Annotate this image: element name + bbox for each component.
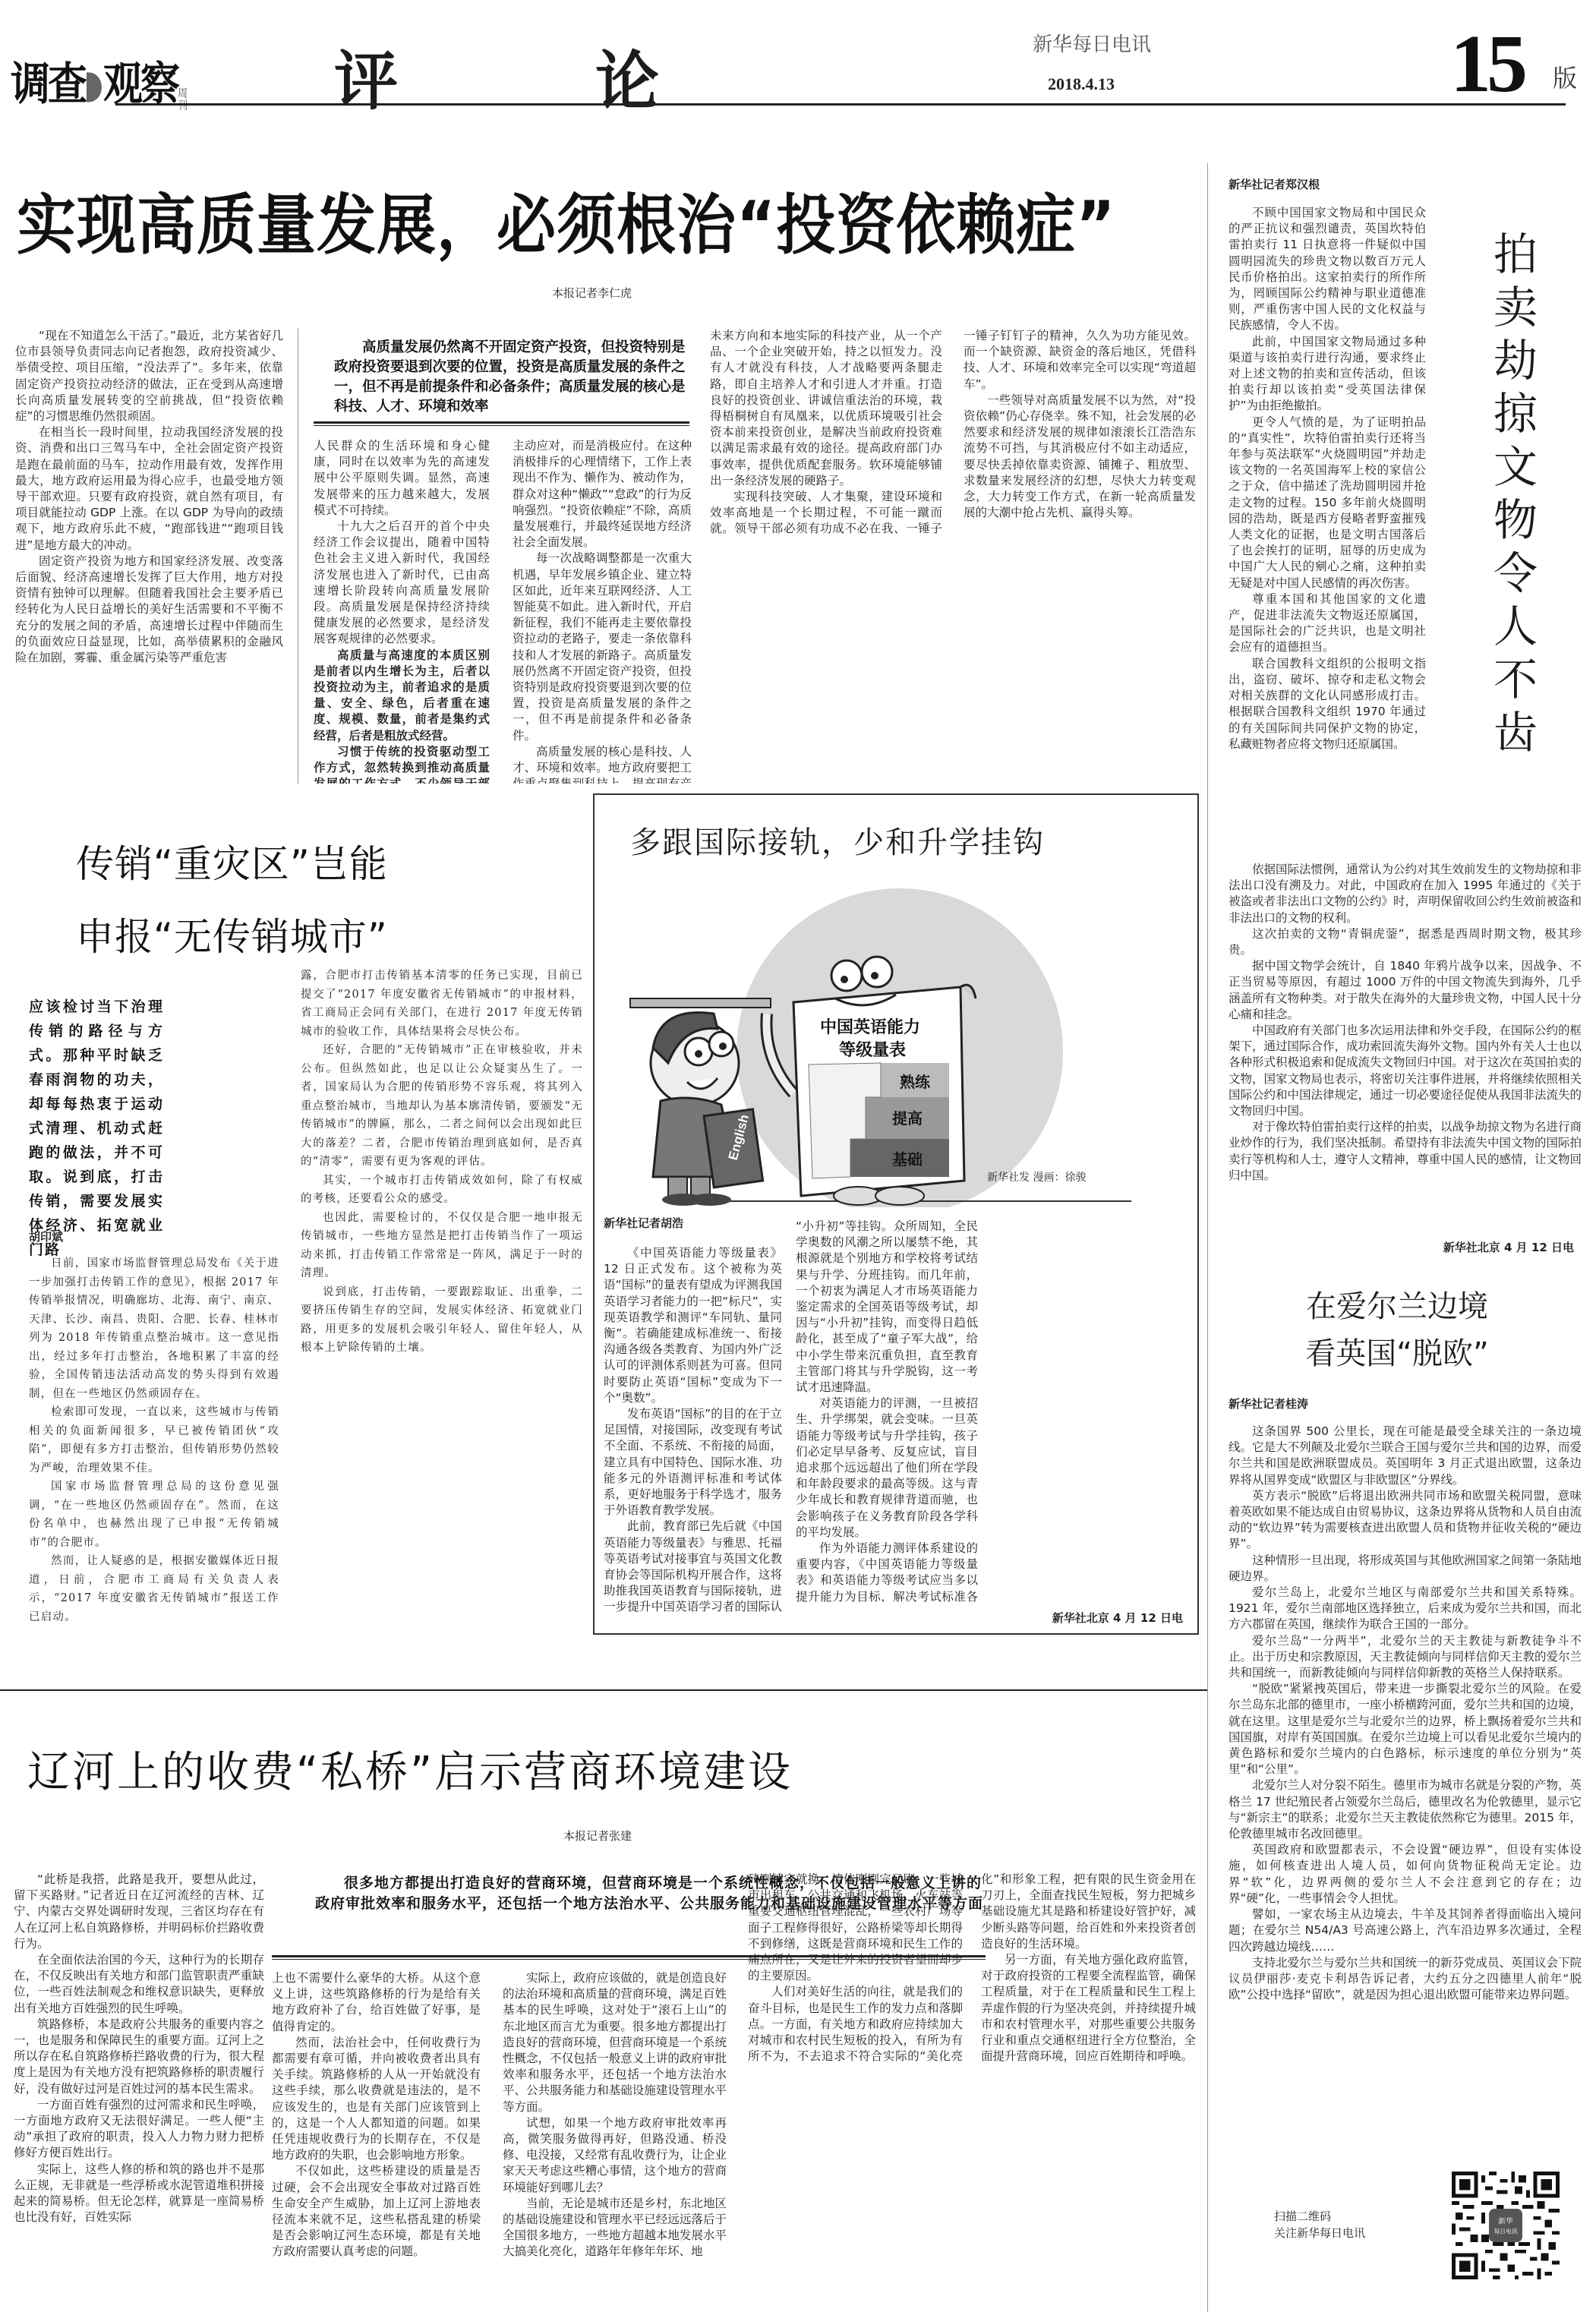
paragraph: 说到底，打击传销，一要跟踪取证、出重拳，二要挤压传销生存的空间，发展实体经济、拓…: [301, 1283, 583, 1358]
paragraph: 其实，一个城市打击传销成效如何，除了有权威的考核，还要看公众的感受。: [301, 1172, 583, 1209]
page-suffix: 版: [1553, 59, 1577, 94]
english-article-col-2: “小升初”等挂钩。众所周知，全民学奥数的风潮之所以屡禁不绝，其根源就是个别地方和…: [796, 1219, 978, 1602]
paragraph: 更令人气愤的是，为了证明拍品的“真实性”，坎特伯雷拍卖行还将当年参与英法联军“火…: [1229, 415, 1426, 591]
deck-double-rule: [314, 421, 689, 426]
title-line: 在爱尔兰边境: [1234, 1283, 1560, 1330]
paragraph: 尊重本国和其他国家的文化遗产，促进非法流失文物返还原属国，是国际社会的广泛共识，…: [1229, 591, 1426, 656]
cartoon-image: English 中国英语能力 等级量表 熟练 提高 基础: [607, 873, 1184, 1207]
cartoon-illustration: English 中国英语能力 等级量表 熟练 提高 基础: [607, 873, 1184, 1207]
issue-date: 2018.4.13: [1048, 74, 1115, 94]
svg-text:提高: 提高: [892, 1109, 923, 1128]
svg-text:熟练: 熟练: [900, 1073, 931, 1091]
mlm-article-col-2: 露，合肥市打击传销基本清零的任务已实现，目前已提交了“2017 年度安徽省无传销…: [301, 967, 583, 1635]
paragraph: 这种情形一旦出现，将形成英国与其他欧洲国家之间第一条陆地硬边界。: [1229, 1553, 1582, 1585]
cartoon-title: 多跟国际接轨，少和升学挂钩: [630, 819, 1045, 862]
auction-article-narrow: 不顾中国国家文物局和中国民众的严正抗议和强烈谴责，英国坎特伯雷拍卖行 11 日执…: [1229, 205, 1426, 843]
paragraph: 联合国教科文组织的公报明文指出，盗窃、破坏、掠夺和走私文物会对相关族群的文化认同…: [1229, 656, 1426, 752]
paragraph: 然而，让人疑惑的是，根据安徽媒体近日报道，日前，合肥市工商局有关负责人表示，“2…: [29, 1552, 279, 1626]
paragraph: 这次拍卖的文物“青铜虎蓥”，据悉是西周时期文物，极其珍贵。: [1229, 926, 1582, 958]
paragraph: 另一方面，有关地方强化政府监管，对于政府投资的工程要全流程监管，确保工程质量，对…: [981, 1952, 1196, 2064]
logo-dot-icon: [87, 72, 102, 102]
paragraph: 人民群众的生活环境和身心健康，同时在以效率为先的高速发展中公平原则失调。显然，高…: [314, 438, 490, 519]
svg-text:基础: 基础: [892, 1150, 923, 1169]
paragraph: 《中国英语能力等级量表》12 日正式发布。这个被称为英语“国标”的量表有望成为评…: [604, 1245, 782, 1406]
paragraph: 砖刚铺完就换、墙体刚刷完又刷，一些城市出租车、公共交通和飞机场、火车站等重要交通…: [748, 1872, 963, 1984]
paragraph: 支持北爱尔兰与爱尔兰共和国统一的新芬党成员、英国议会下院议员伊丽莎·麦克卡利昂告…: [1229, 1955, 1582, 2004]
lead-article-byline: 本报记者李仁虎: [552, 285, 632, 301]
paragraph: 不仅如此，这些桥建设的质量是否过硬，会不会出现安全事故对过路百姓生命安全产生威胁…: [272, 2163, 481, 2260]
liaohe-article-col-2: 上也不需要什么豪华的大桥。从这个意义上讲，这些筑路修桥的行为是给有关地方政府补了…: [272, 1970, 481, 2297]
paragraph: 检索即可发现，一直以来，这些城市与传销相关的负面新闻很多，早已被传销团伙“攻陷”…: [29, 1403, 279, 1478]
header-divider: [115, 103, 1566, 106]
qr-code-icon: 新华 每日电讯: [1450, 2172, 1561, 2279]
paragraph: 实际上，这些人修的桥和筑的路也并不是那么正规，无非就是一些浮桥或水泥管道堆积拼接…: [14, 2162, 264, 2226]
english-article-dateline: 新华社北京 4 月 12 日电: [796, 1610, 1183, 1626]
mlm-article-byline: 胡印斌: [29, 1229, 63, 1244]
title-line: 传销“重灾区”岂能: [76, 828, 388, 901]
paragraph: 高质量发展的核心是科技、人才、环境和效率。地方政府要把工作重点聚集到科技上，提高…: [513, 744, 692, 784]
paragraph: 依据国际法惯例，通常认为公约对其生效前发生的文物劫掠和非法出口没有溯及力。对此，…: [1229, 862, 1582, 926]
paragraph: 此前，教育部已先后就《中国英语能力等级量表》与雅思、托福等英语考试对接事宜与英国…: [604, 1519, 782, 1617]
mlm-article-title: 传销“重灾区”岂能 申报“无传销城市”: [76, 828, 388, 973]
paragraph: 譬如，一家农场主从边境去，牛羊及其饲养者得面临出入境问题；在爱尔兰 N54/A3…: [1229, 1907, 1582, 1955]
paragraph: 作为外语能力测评体系建设的重要内容，《中国英语能力等级量表》和英语能力等级考试应…: [796, 1541, 978, 1602]
paragraph: 每一次战略调整都是一次重大机遇，早年发展乡镇企业、建立特区如此，近年来互联网经济…: [513, 550, 692, 743]
paragraph: 英方表示“脱欧”后将退出欧洲共同市场和欧盟关税同盟，意味着英欧如果不能达成自由贸…: [1229, 1488, 1582, 1553]
logo-weekly: 周刊: [178, 88, 188, 112]
section-divider: [0, 1689, 1207, 1691]
paragraph: 主动应对，而是消极应付。在这种消极排斥的心理情绪下，工作上表现出不作为、懒作为、…: [513, 438, 692, 550]
paragraph: 上也不需要什么豪华的大桥。从这个意义上讲，这些筑路修桥的行为是给有关地方政府补了…: [272, 1970, 481, 2035]
paragraph: 十九大之后召开的首个中央经济工作会议提出，随着中国特色社会主义进入新时代，我国经…: [314, 519, 490, 648]
ireland-article-title: 在爱尔兰边境 看英国“脱欧”: [1234, 1283, 1560, 1377]
paragraph: 高质量与高速度的本质区别是前者以内生增长为主，后者以投资拉动为主，前者追求的是质…: [314, 648, 490, 744]
paragraph: 试想，如果一个地方政府审批效率再高，微笑服务做得再好，但路没通、桥没修、电没接，…: [503, 2115, 727, 2196]
lead-article-col-4: 未来方向和本地实际的科技产业，从一个产品、一个企业突破开始，持之以恒发力。没有人…: [710, 328, 1196, 784]
english-article-col-1: 《中国英语能力等级量表》12 日正式发布。这个被称为英语“国标”的量表有望成为评…: [604, 1245, 782, 1617]
liaohe-article-col-4: 砖刚铺完就换、墙体刚刷完又刷，一些城市出租车、公共交通和飞机场、火车站等重要交通…: [748, 1872, 1196, 2297]
paragraph: 日前，国家市场监督管理总局发布《关于进一步加强打击传销工作的意见》，根据 201…: [29, 1254, 279, 1403]
column-divider: [1207, 163, 1208, 2312]
title-line: 看英国“脱欧”: [1234, 1330, 1560, 1377]
title-line: 申报“无传销城市”: [76, 901, 388, 973]
paragraph: 一些领导对高质量发展不以为然，对“投资依赖”仍心存侥幸。殊不知，社会发展的必然要…: [964, 393, 1196, 522]
lead-article-col-2: 人民群众的生活环境和身心健康，同时在以效率为先的高速发展中公平原则失调。显然，高…: [314, 438, 490, 784]
paragraph: 此前，中国国家文物局通过多种渠道与该拍卖行进行沟通，要求终止对上述文物的拍卖和宣…: [1229, 334, 1426, 415]
auction-article-byline: 新华社记者郑汉根: [1229, 176, 1320, 192]
lead-article-col-1: “现在不知道怎么干活了。”最近，北方某省好几位市县领导负责同志向记者抱怨，政府投…: [15, 328, 283, 784]
ireland-article-body: 这条国界 500 公里长，现在可能是最受全球关注的一条边境线。它是大不列颠及北爱…: [1229, 1424, 1582, 2145]
paragraph: 英国政府和欧盟都表示，不会设置“硬边界”，但设有实体设施，如何核查进出人境人员，…: [1229, 1842, 1582, 1907]
paragraph: 一方面百姓有强烈的过河需求和民生呼唤，一方面地方政府又无法很好满足。一些人便“主…: [14, 2097, 264, 2162]
lead-article-title: 实现高质量发展，必须根治“投资依赖症”: [17, 173, 1116, 267]
paragraph: 北爱尔兰人对分裂不陌生。德里市为城市名就是分裂的产物，英格兰 17 世纪殖民者占…: [1229, 1777, 1582, 1842]
liaohe-article-col-3: 实际上，政府应该做的，就是创造良好的法治环境和高质量的营商环境，满足百姓基本的民…: [503, 1970, 727, 2297]
liaohe-article-col-1: “此桥是我搭，此路是我开，要想从此过，留下买路财。”记者近日在辽河流经的吉林、辽…: [14, 1872, 264, 2297]
paragraph: 爱尔兰岛“一分两半”，北爱尔兰的天主教徒与新教徒争斗不止。出于历史和宗教原因，天…: [1229, 1633, 1582, 1682]
auction-article-wide: 依据国际法惯例，通常认为公约对其生效前发生的文物劫掠和非法出口没有溯及力。对此，…: [1229, 862, 1582, 1219]
qr-caption-line: 关注新华每日电讯: [1274, 2225, 1365, 2241]
paragraph: 国家市场监督管理总局的这份意见强调，“在一些地区仍然顽固存在”。然而，在这份名单…: [29, 1478, 279, 1552]
paragraph: 发布英语“国标”的目的在于立足国情，对接国际，改变现有考试不全面、不系统、不衔接…: [604, 1406, 782, 1519]
svg-text:中国英语能力: 中国英语能力: [820, 1017, 920, 1037]
paragraph: 据中国文物学会统计，自 1840 年鸦片战争以来，因战争、不正当贸易等原因，有超…: [1229, 958, 1582, 1023]
paragraph: 未来方向和本地实际的科技产业，从一个产品、一个企业突破开始，持之以恒发力。没有人…: [710, 328, 942, 489]
paragraph: 实际上，政府应该做的，就是创造良好的法治环境和高质量的营商环境，满足百姓基本的民…: [503, 1970, 727, 2115]
paragraph: 筑路修桥，本是政府公共服务的重要内容之一，也是服务和保障民生的重要方面。辽河上之…: [14, 2017, 264, 2097]
paragraph: 在相当长一段时间里，拉动我国经济发展的投资、消费和出口三驾马车中，全社会固定资产…: [15, 424, 283, 554]
paragraph: “现在不知道怎么干活了。”最近，北方某省好几位市县领导负责同志向记者抱怨，政府投…: [15, 328, 283, 424]
paragraph: “此桥是我搭，此路是我开，要想从此过，留下买路财。”记者近日在辽河流经的吉林、辽…: [14, 1872, 264, 1952]
paragraph: 对英语能力的评测，一旦被招生、升学绑架，就会变味。一旦英语能力等级考试与升学挂钩…: [796, 1396, 978, 1541]
mlm-article-col-1: 日前，国家市场监督管理总局发布《关于进一步加强打击传销工作的意见》，根据 201…: [29, 1254, 279, 1634]
paragraph: 还好，合肥的“无传销城市”正在审核验收，并未公布。但纵然如此，也足以让公众疑窦丛…: [301, 1041, 583, 1172]
paragraph: “小升初”等挂钩。众所周知，全民学奥数的风潮之所以屡禁不绝，其根源就是个别地方和…: [796, 1219, 978, 1396]
liaohe-article-byline: 本报记者张建: [563, 1828, 632, 1844]
auction-article-title: 拍卖劫掠文物令人不齿: [1484, 228, 1547, 759]
paragraph: 爱尔兰岛上，北爱尔兰地区与南部爱尔兰共和国关系特殊。1921 年，爱尔兰南部地区…: [1229, 1585, 1582, 1633]
paragraph: 中国政府有关部门也多次运用法律和外交手段，在国际公约的框架下，通过国际合作，成功…: [1229, 1023, 1582, 1119]
liaohe-article-title: 辽河上的收费“私桥”启示营商环境建设: [27, 1739, 793, 1799]
paragraph: 然而，法治社会中，任何收费行为都需要有章可循，并向被收费者出具有关手续。筑路修桥…: [272, 2035, 481, 2164]
paragraph: 习惯于传统的投资驱动型工作方式，忽然转换到推动高质量发展的工作方式，不少领导干部…: [314, 744, 490, 784]
paper-name: 新华每日电讯: [1033, 29, 1151, 57]
svg-text:等级量表: 等级量表: [839, 1040, 906, 1060]
qr-code[interactable]: 新华 每日电讯: [1450, 2172, 1561, 2279]
logo-part-1: 调查: [11, 58, 85, 111]
column-divider: [298, 328, 298, 784]
english-article-byline: 新华社记者胡浩: [604, 1215, 683, 1231]
qr-caption: 扫描二维码 关注新华每日电讯: [1274, 2208, 1365, 2241]
paragraph: 这条国界 500 公里长，现在可能是最受全球关注的一条边境线。它是大不列颠及北爱…: [1229, 1424, 1582, 1488]
qr-caption-line: 扫描二维码: [1274, 2208, 1365, 2225]
svg-text:每日电讯: 每日电讯: [1493, 2227, 1517, 2235]
paragraph: 也因此，需要检讨的，不仅仅是合肥一地申报无传销城市，一些地方显然是把打击传销当作…: [301, 1209, 583, 1283]
lead-article-col-3: 主动应对，而是消极应付。在这种消极排斥的心理情绪下，工作上表现出不作为、懒作为、…: [513, 438, 692, 784]
paragraph: 在全面依法治国的今天，这种行为的长期存在，不仅反映出有关地方和部门监管职责严重缺…: [14, 1952, 264, 2017]
paragraph: 固定资产投资为地方和国家经济发展、改变落后面貌、经济高速增长发挥了巨大作用，地方…: [15, 554, 283, 666]
auction-article-dateline: 新华社北京 4 月 12 日电: [1229, 1239, 1574, 1255]
cartoon-credit: 新华社发 漫画：徐骏: [987, 1169, 1086, 1184]
paragraph: 当前，无论是城市还是乡村，东北地区的基础设施建设和管理水平已经远远落后于全国很多…: [503, 2196, 727, 2260]
ireland-article-byline: 新华社记者桂涛: [1229, 1396, 1308, 1411]
section-title: 评论: [334, 30, 856, 122]
paragraph: 露，合肥市打击传销基本清零的任务已实现，目前已提交了“2017 年度安徽省无传销…: [301, 967, 583, 1041]
svg-text:新华: 新华: [1498, 2216, 1513, 2226]
paragraph: 不顾中国国家文物局和中国民众的严正抗议和强烈谴责，英国坎特伯雷拍卖行 11 日执…: [1229, 205, 1426, 334]
lead-article-deck: 高质量发展仍然离不开固定资产投资，但投资特别是政府投资要退到次要的位置，投资是高…: [334, 338, 691, 417]
mlm-article-lede: 应该检讨当下治理传销的路径与方式。那种平时缺乏春雨润物的功夫，却每每热衷于运动式…: [29, 995, 164, 1262]
page-number: 15: [1450, 30, 1523, 99]
paragraph: “脱欧”紧紧拽英国后，带来进一步撕裂北爱尔兰的风险。在爱尔兰岛东北部的德里市，一…: [1229, 1681, 1582, 1777]
paragraph: 对于像坎特伯雷拍卖行这样的拍卖，以战争劫掠文物为名进行商业炒作的行为，我们坚决抵…: [1229, 1119, 1582, 1184]
